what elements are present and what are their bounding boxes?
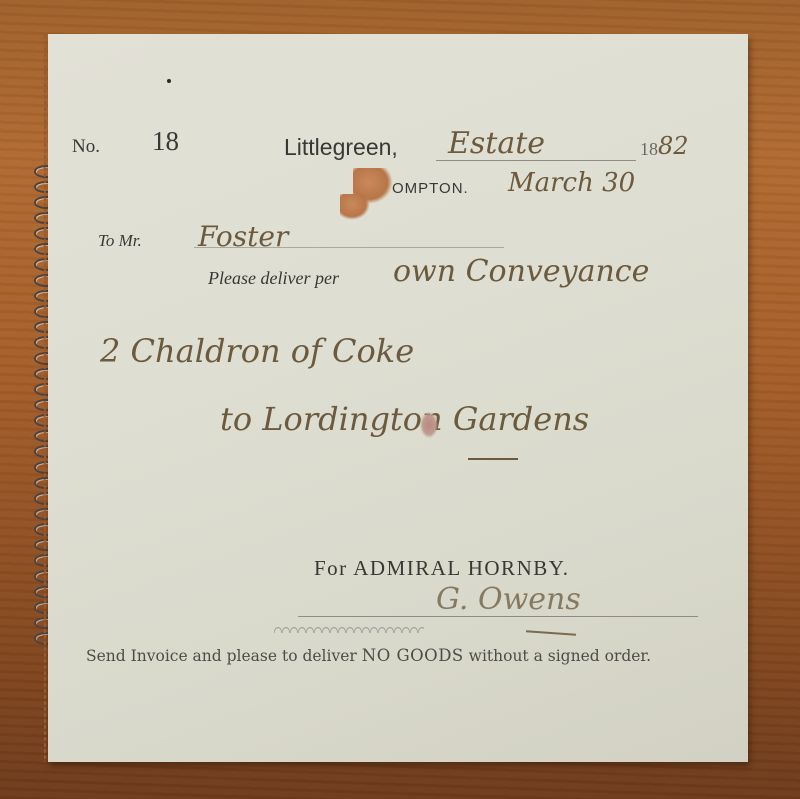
recipient-name: Foster (198, 220, 288, 253)
place-printed: Littlegreen, (284, 134, 398, 161)
ink-dot (167, 79, 171, 83)
perforated-edge (44, 34, 50, 762)
signature-rule (298, 616, 698, 617)
order-number: 18 (152, 126, 179, 157)
recipient-rule (194, 247, 504, 248)
place-handwritten: Estate (448, 126, 545, 161)
number-label: No. (72, 136, 100, 158)
ink-stroke (526, 630, 576, 635)
ink-blot (420, 412, 438, 438)
for-admiral-hornby: For ADMIRAL HORNBY. (314, 556, 569, 581)
order-line-1: 2 Chaldron of Coke (100, 332, 414, 370)
wavy-ornament-line (274, 627, 424, 633)
delivery-method: own Conveyance (393, 254, 649, 289)
paper-tear-damage (340, 194, 370, 220)
deliver-label: Please deliver per (208, 268, 339, 289)
footer-text-1: Send Invoice and please to deliver (86, 647, 357, 665)
footer-notice: Send Invoice and please to deliver NO GO… (86, 646, 651, 665)
to-label: To Mr. (98, 231, 142, 251)
date-handwritten: March 30 (508, 168, 635, 198)
footer-emphasis: NO GOODS (362, 646, 464, 665)
underline-stroke (468, 458, 518, 460)
order-form-paper: No. 18 Littlegreen, Estate 18 82 OMPTON.… (48, 34, 748, 762)
order-line-2: to Lordington Gardens (220, 400, 589, 438)
town-printed: OMPTON. (392, 180, 469, 197)
signature: G. Owens (436, 582, 581, 617)
year-handwritten: 82 (658, 132, 689, 160)
place-rule (436, 160, 636, 161)
year-prefix: 18 (640, 139, 658, 160)
footer-text-2: without a signed order. (469, 647, 651, 665)
